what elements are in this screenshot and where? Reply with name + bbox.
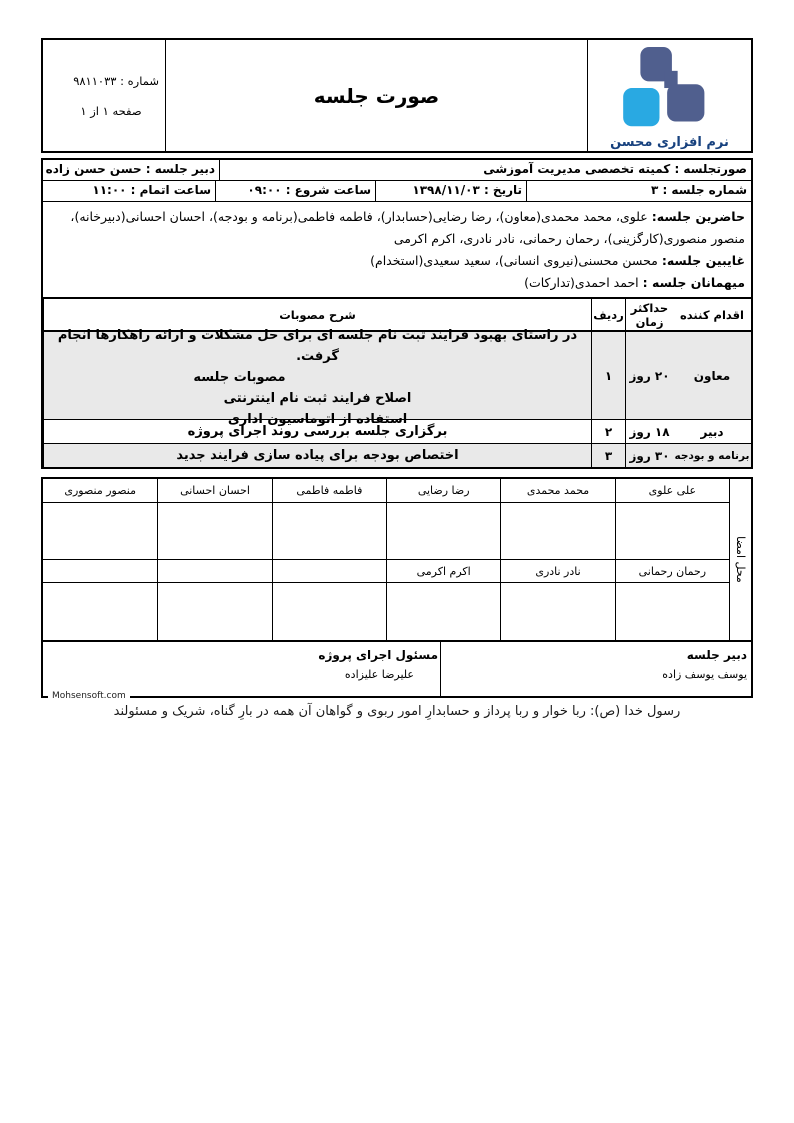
executor-approval-cell: مسئول اجرای پروژه علیرضا علیزاده <box>43 642 440 696</box>
absent-names: محسن محسنی(نیروی انسانی)، سعید سعیدی(است… <box>370 253 658 268</box>
signature-space <box>43 503 157 560</box>
resolution-description: برگزاری جلسه بررسی روند اجرای پروژه <box>43 420 591 444</box>
present-label: حاضرین جلسه: <box>652 209 745 224</box>
signer-name: فاطمه فاطمی <box>272 479 386 503</box>
signer-name: منصور منصوری <box>43 479 157 503</box>
resolution-row-number: ۲ <box>591 420 625 444</box>
signature-place-label: محل امضا <box>734 536 747 583</box>
description-line: مصوبات جلسه <box>271 367 363 388</box>
present-names: علوی، محمد محمدی(معاون)، رضا رضایی(حسابد… <box>70 209 745 246</box>
resolutions-table: اقدام کننده حداکثر زمان ردیف شرح مصوبات … <box>43 299 751 467</box>
meeting-secretary: دبیر جلسه : حسن حسن زاده <box>43 160 219 180</box>
col-header-row: ردیف <box>591 299 625 332</box>
meeting-date: تاریخ : ۱۳۹۸/۱۱/۰۳ <box>375 181 526 201</box>
description-line: اصلاح فرایند ثبت نام اینترنتی <box>224 388 412 409</box>
resolution-actor: برنامه و بودجه <box>673 444 751 467</box>
meeting-info-row-2: شماره جلسه : ۳ تاریخ : ۱۳۹۸/۱۱/۰۳ ساعت ش… <box>43 181 751 202</box>
signer-name: محمد محمدی <box>500 479 614 503</box>
brand-logo-cell: نرم افزاری محسن <box>587 40 751 151</box>
page-count: صفحه ۱ از ۱ <box>43 104 165 118</box>
meeting-end-time: ساعت اتمام : ۱۱:۰۰ <box>43 181 215 201</box>
resolution-actor: معاون <box>673 332 751 420</box>
document-number-cell: شماره : ۹۸۱۱۰۳۳ صفحه ۱ از ۱ <box>43 40 165 151</box>
signature-space <box>615 503 729 560</box>
signer-name: علی علوی <box>615 479 729 503</box>
signature-space <box>272 503 386 560</box>
absent-line: غایبین جلسه: محسن محسنی(نیروی انسانی)، س… <box>51 250 745 272</box>
meeting-subject: صورتجلسه : کمیته تخصصی مدیریت آموزشی <box>219 160 751 180</box>
document-title: صورت جلسه <box>165 40 587 151</box>
signature-space <box>615 583 729 640</box>
guests-label: میهمانان جلسه : <box>643 275 745 290</box>
attendance-section: حاضرین جلسه: علوی، محمد محمدی(معاون)، رض… <box>43 202 751 299</box>
signer-name <box>157 560 271 583</box>
meeting-minutes-page: نرم افزاری محسن صورت جلسه شماره : ۹۸۱۱۰۳… <box>0 0 794 1123</box>
signer-name: رضا رضایی <box>386 479 500 503</box>
signer-name <box>43 560 157 583</box>
signature-place-column: محل امضا <box>729 479 751 640</box>
resolution-description: در راستای بهبود فرایند ثبت نام جلسه ای ب… <box>43 332 591 420</box>
secretary-approval-label: دبیر جلسه <box>441 648 751 662</box>
signature-space <box>386 503 500 560</box>
signer-name: رحمان رحمانی <box>615 560 729 583</box>
meeting-info-row-1: صورتجلسه : کمیته تخصصی مدیریت آموزشی دبی… <box>43 160 751 181</box>
brand-wordmark: نرم افزاری محسن <box>610 135 729 150</box>
approvals-row: دبیر جلسه یوسف یوسف زاده مسئول اجرای پرو… <box>43 640 751 696</box>
resolution-max-time: ۳۰ روز <box>625 444 673 467</box>
resolution-max-time: ۲۰ روز <box>625 332 673 420</box>
signature-space <box>157 503 271 560</box>
absent-label: غایبین جلسه: <box>662 253 745 268</box>
col-header-max-time: حداکثر زمان <box>625 299 673 332</box>
guests-line: میهمانان جلسه : احمد احمدی(تدارکات) <box>51 272 745 294</box>
description-line: در راستای بهبود فرایند ثبت نام جلسه ای ب… <box>44 325 591 367</box>
resolution-row-number: ۱ <box>591 332 625 420</box>
meeting-body-box: صورتجلسه : کمیته تخصصی مدیریت آموزشی دبی… <box>41 158 753 469</box>
signature-space <box>500 503 614 560</box>
executor-approval-label: مسئول اجرای پروژه <box>43 648 440 662</box>
meeting-start-time: ساعت شروع : ۰۹:۰۰ <box>215 181 375 201</box>
signer-name: احسان احسانی <box>157 479 271 503</box>
signature-space <box>272 583 386 640</box>
signer-name: اکرم اکرمی <box>386 560 500 583</box>
footer-hadith: رسول خدا (ص): ربا خوار و ربا پرداز و حسا… <box>0 704 794 719</box>
executor-approval-name: علیرضا علیزاده <box>43 668 440 681</box>
resolution-description: اختصاص بودجه برای پیاده سازی فرایند جدید <box>43 444 591 467</box>
header-box: نرم افزاری محسن صورت جلسه شماره : ۹۸۱۱۰۳… <box>41 38 753 153</box>
secretary-approval-cell: دبیر جلسه یوسف یوسف زاده <box>440 642 751 696</box>
resolution-row-number: ۳ <box>591 444 625 467</box>
meeting-number: شماره جلسه : ۳ <box>526 181 751 201</box>
document-number: شماره : ۹۸۱۱۰۳۳ <box>43 74 165 88</box>
signature-box: علی علوی محمد محمدی رضا رضایی فاطمه فاطم… <box>41 477 753 698</box>
signer-name <box>272 560 386 583</box>
signature-grid: علی علوی محمد محمدی رضا رضایی فاطمه فاطم… <box>43 479 729 640</box>
vendor-website: Mohsensoft.com <box>48 691 130 701</box>
col-header-actor: اقدام کننده <box>673 299 751 332</box>
signer-name: نادر نادری <box>500 560 614 583</box>
company-logo-icon <box>622 46 718 132</box>
resolution-max-time: ۱۸ روز <box>625 420 673 444</box>
guests-names: احمد احمدی(تدارکات) <box>524 275 639 290</box>
signature-space <box>43 583 157 640</box>
signature-space <box>157 583 271 640</box>
secretary-approval-name: یوسف یوسف زاده <box>441 668 751 681</box>
present-line: حاضرین جلسه: علوی، محمد محمدی(معاون)، رض… <box>51 206 745 250</box>
resolution-actor: دبیر <box>673 420 751 444</box>
signature-space <box>386 583 500 640</box>
signature-space <box>500 583 614 640</box>
